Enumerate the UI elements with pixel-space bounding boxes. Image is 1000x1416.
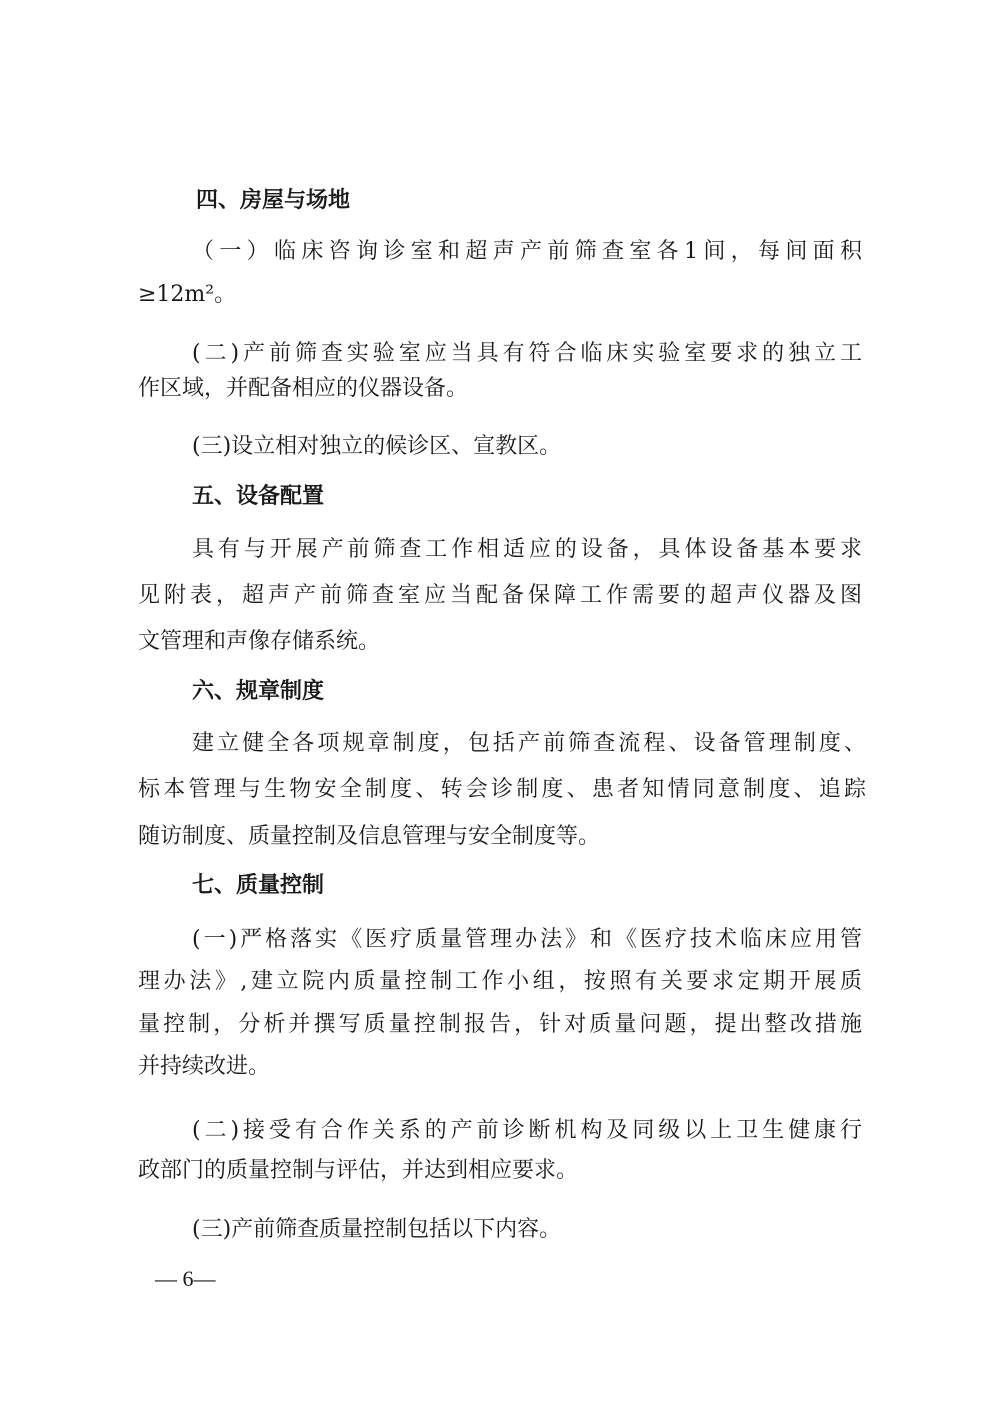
paragraph-4-2-line-1: (二)产前筛查实验室应当具有符合临床实验室要求的独立工 <box>192 339 862 369</box>
paragraph-5-1-line-1: 具有与开展产前筛查工作相适应的设备，具体设备基本要求 <box>192 535 862 565</box>
paragraph-7-1-line-4: 并持续改进。 <box>138 1052 862 1082</box>
section-heading-4: 四、房屋与场地 <box>196 186 920 216</box>
document-page: 四、房屋与场地 （一）临床咨询诊室和超声产前筛查室各1间，每间面积 ≥12m²。… <box>0 0 1000 1416</box>
paragraph-5-1-line-3: 文管理和声像存储系统。 <box>138 627 862 657</box>
paragraph-5-1-line-2: 见附表，超声产前筛查室应当配备保障工作需要的超声仪器及图 <box>138 581 862 611</box>
paragraph-4-1-line-2: ≥12m²。 <box>138 280 862 310</box>
paragraph-7-2-line-1: (二)接受有合作关系的产前诊断机构及同级以上卫生健康行 <box>192 1116 862 1146</box>
paragraph-4-1-line-1: （一）临床咨询诊室和超声产前筛查室各1间，每间面积 <box>192 237 862 267</box>
section-heading-6: 六、规章制度 <box>192 677 916 707</box>
paragraph-6-1-line-2: 标本管理与生物安全制度、转会诊制度、患者知情同意制度、追踪 <box>138 775 866 805</box>
paragraph-7-1-line-2: 理办法》,建立院内质量控制工作小组，按照有关要求定期开展质 <box>138 967 862 997</box>
section-heading-5: 五、设备配置 <box>192 482 916 512</box>
paragraph-6-1-line-1: 建立健全各项规章制度，包括产前筛查流程、设备管理制度、 <box>192 729 866 759</box>
paragraph-4-2-line-2: 作区域，并配备相应的仪器设备。 <box>138 374 862 404</box>
page-number: — 6— <box>155 1264 216 1294</box>
paragraph-4-3-line-1: (三)设立相对独立的候诊区、宣教区。 <box>192 432 916 462</box>
paragraph-7-1-line-3: 量控制，分析并撰写质量控制报告，针对质量问题，提出整改措施 <box>138 1010 862 1040</box>
paragraph-7-3-line-1: (三)产前筛查质量控制包括以下内容。 <box>192 1215 916 1245</box>
paragraph-6-1-line-3: 随访制度、质量控制及信息管理与安全制度等。 <box>138 822 862 852</box>
paragraph-7-1-line-1: (一)严格落实《医疗质量管理办法》和《医疗技术临床应用管 <box>192 925 862 955</box>
paragraph-7-2-line-2: 政部门的质量控制与评估，并达到相应要求。 <box>138 1156 862 1186</box>
section-heading-7: 七、质量控制 <box>192 871 916 901</box>
